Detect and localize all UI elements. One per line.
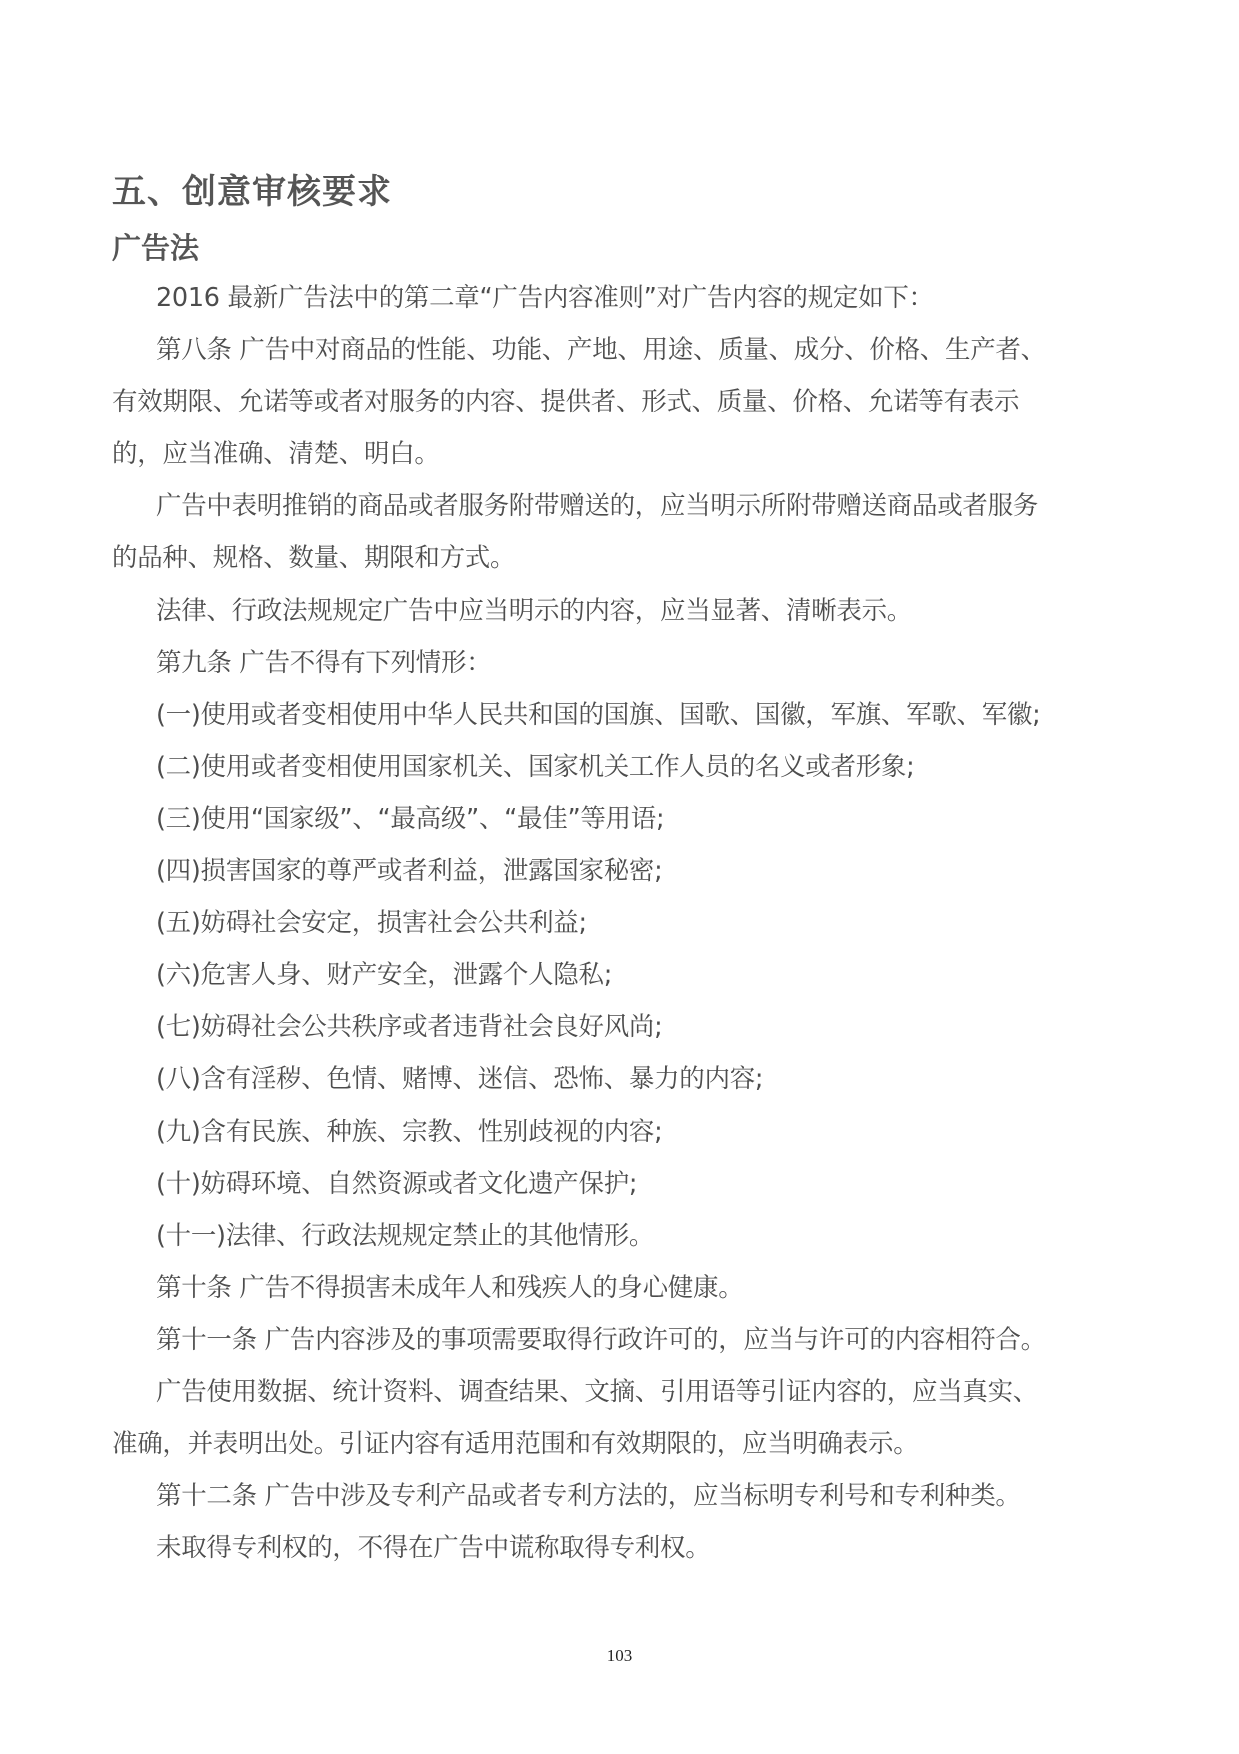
list-item: (九)含有民族、种族、宗教、性别歧视的内容; [112,1110,1112,1162]
text-line: 第九条 广告不得有下列情形： [112,641,1112,693]
text-line: 第十二条 广告中涉及专利产品或者专利方法的，应当标明专利号和专利种类。 [112,1474,1112,1526]
text-line: 第十条 广告不得损害未成年人和残疾人的身心健康。 [112,1266,1112,1318]
list-item: (二)使用或者变相使用国家机关、国家机关工作人员的名义或者形象; [112,745,1112,797]
text-line: 有效期限、允诺等或者对服务的内容、提供者、形式、质量、价格、允诺等有表示 [112,380,1112,432]
list-item: (十)妨碍环境、自然资源或者文化遗产保护; [112,1162,1112,1214]
text-line: 第八条 广告中对商品的性能、功能、产地、用途、质量、成分、价格、生产者、 [112,328,1112,380]
list-item: (四)损害国家的尊严或者利益，泄露国家秘密; [112,849,1112,901]
list-item: (一)使用或者变相使用中华人民共和国的国旗、国歌、国徽，军旗、军歌、军徽; [112,693,1112,745]
text-line: 广告中表明推销的商品或者服务附带赠送的，应当明示所附带赠送商品或者服务 [112,484,1112,536]
text-line: 第十一条 广告内容涉及的事项需要取得行政许可的，应当与许可的内容相符合。 [112,1318,1112,1370]
page-number: 103 [0,1646,1239,1666]
text-line: 的，应当准确、清楚、明白。 [112,432,1112,484]
body-text: 2016 最新广告法中的第二章“广告内容准则”对广告内容的规定如下： 第八条 广… [112,276,1112,1578]
text-line: 准确，并表明出处。引证内容有适用范围和有效期限的，应当明确表示。 [112,1422,1112,1474]
text-line: 未取得专利权的，不得在广告中谎称取得专利权。 [112,1526,1112,1578]
text-line: 广告使用数据、统计资料、调查结果、文摘、引用语等引证内容的，应当真实、 [112,1370,1112,1422]
text-line: 2016 最新广告法中的第二章“广告内容准则”对广告内容的规定如下： [112,276,1112,328]
text-line: 法律、行政法规规定广告中应当明示的内容，应当显著、清晰表示。 [112,589,1112,641]
section-title: 五、创意审核要求 [112,164,392,213]
subsection-title: 广告法 [112,226,199,267]
list-item: (七)妨碍社会公共秩序或者违背社会良好风尚; [112,1005,1112,1057]
list-item: (十一)法律、行政法规规定禁止的其他情形。 [112,1214,1112,1266]
list-item: (五)妨碍社会安定，损害社会公共利益; [112,901,1112,953]
list-item: (八)含有淫秽、色情、赌博、迷信、恐怖、暴力的内容; [112,1057,1112,1109]
text-line: 的品种、规格、数量、期限和方式。 [112,536,1112,588]
list-item: (六)危害人身、财产安全，泄露个人隐私; [112,953,1112,1005]
document-page: 五、创意审核要求 广告法 2016 最新广告法中的第二章“广告内容准则”对广告内… [0,0,1239,1754]
list-item: (三)使用“国家级”、“最高级”、“最佳”等用语; [112,797,1112,849]
